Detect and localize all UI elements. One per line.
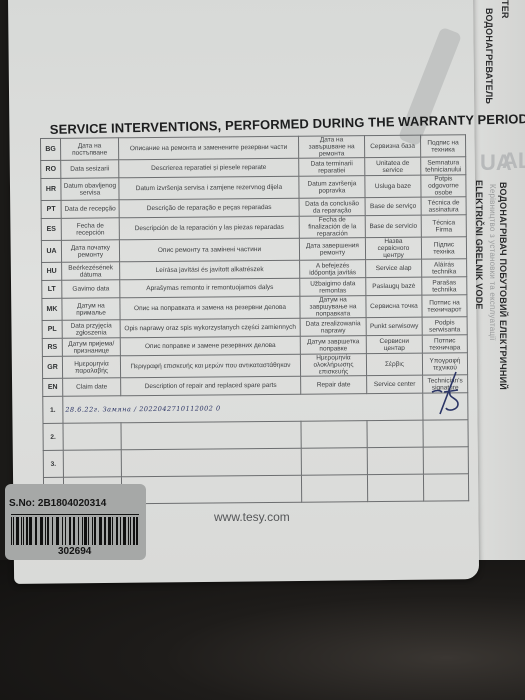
lang-code: BG: [41, 138, 61, 160]
service-center-header: Unitatea de service: [365, 157, 421, 175]
description-header: Опис на поправката и замена на резервни …: [120, 296, 300, 320]
claim-date-header: Beérkezésének dátuma: [62, 262, 120, 281]
repair-date-header: Датум завршетка поправке: [300, 336, 366, 355]
signature-header: Técnica Firma: [421, 215, 466, 237]
claim-date-header: Claim date: [63, 378, 121, 397]
service-center-cell[interactable]: [367, 420, 423, 447]
repair-date-header: Ημερομηνία ολοκλήρωσης επισκευής: [300, 354, 366, 377]
lang-code: PT: [41, 200, 61, 218]
repair-date-cell[interactable]: [301, 448, 367, 476]
service-center-header: Base de servicio: [365, 215, 421, 237]
claim-date-header: Data przyjęcia zgłoszenia: [62, 320, 120, 339]
lang-code: HU: [42, 262, 62, 280]
description-header: Description of repair and replaced spare…: [121, 376, 301, 396]
handwritten-entry[interactable]: 28.6.22г. Замяна / 2022042710112002 0: [63, 393, 423, 423]
service-center-cell[interactable]: [367, 447, 423, 474]
booklet-lang-ua: UA: [480, 150, 512, 176]
barcode-number: 302694: [58, 546, 91, 557]
entry-row: 3.: [43, 447, 468, 478]
signature-header: Подпис на техника: [420, 135, 465, 157]
description-header: Опис поправке и замене резервних делова: [120, 336, 300, 356]
service-center-header: Service alap: [366, 259, 422, 277]
signature-cell[interactable]: [423, 447, 468, 474]
description-header: Opis naprawy oraz spis wykorzystanych cz…: [120, 318, 300, 338]
repair-date-header: A befejezés időpontja javítás: [300, 260, 366, 279]
service-interventions-table: BGДата на постъпванеОписание на ремонта …: [40, 134, 469, 505]
repair-date-header: Data terminarii reparatiei: [299, 158, 365, 177]
service-center-header: Назва сервісного центру: [365, 237, 421, 259]
repair-date-header: Data da conclusão da reparação: [299, 198, 365, 217]
repair-date-header: Repair date: [301, 376, 367, 395]
description-header: Descrição de reparação e peças reparadas: [119, 198, 299, 218]
lang-code: MK: [42, 298, 62, 320]
booklet-top-text: TER: [500, 0, 510, 19]
claim-date-header: Datum obavljenog servisa: [61, 178, 119, 201]
repair-date-cell[interactable]: [301, 475, 367, 503]
booklet-title-ua: ВОДОНАГРІВАЧ ПОБУТОВИЙ ЕЛЕКТРИЧНИЙ: [498, 182, 508, 390]
language-row-ua: UAДата початку ремонтуОпис ремонту та за…: [41, 237, 466, 263]
lang-code: LT: [42, 280, 62, 298]
signature-cell[interactable]: [423, 474, 468, 501]
repair-date-header: Fecha de finalización de la reparación: [299, 216, 365, 239]
signature-header: Potpis odgovorne osobe: [421, 175, 466, 197]
entry-row: 1.28.6.22г. Замяна / 2022042710112002 0: [43, 393, 468, 424]
signature-header: Podpis serwisanta: [422, 317, 467, 335]
claim-date-header: Data sesizarii: [61, 160, 119, 179]
description-cell[interactable]: [121, 421, 301, 450]
technician-signature-mark: [418, 370, 468, 420]
serial-number: S.No: 2B1804020314: [9, 498, 106, 509]
repair-date-cell[interactable]: [301, 421, 367, 449]
repair-date-header: Data zrealizowania naprawy: [300, 318, 366, 337]
serial-number-label: S.No: 2B1804020314 302694: [5, 484, 146, 560]
claim-date-header: Data de recepção: [61, 200, 119, 219]
claim-date-header: Ημερομηνία παραλαβής: [62, 356, 120, 379]
entry-number: 2.: [43, 423, 63, 450]
claim-date-cell[interactable]: [63, 423, 121, 451]
lang-code: RO: [41, 160, 61, 178]
repair-date-header: Датум на завршување на поправката: [300, 296, 366, 319]
entry-row: 2.: [43, 420, 468, 451]
claim-date-header: Дата на постъпване: [61, 138, 119, 161]
description-header: Описание на ремонта и заменените резервн…: [119, 136, 299, 160]
signature-header: Semnatura tehnicianului: [421, 157, 466, 175]
service-center-header: Сервисни центар: [366, 335, 422, 353]
service-center-header: Сервисна точка: [366, 295, 422, 317]
description-header: Περιγραφή επισκευής και μερών που αντικα…: [120, 354, 300, 378]
service-center-header: Usluga baze: [365, 175, 421, 197]
booklet-title-ru: ВОДОНАГРЕВАТЕЛЬ: [484, 8, 494, 104]
service-center-cell[interactable]: [367, 474, 423, 501]
signature-header: Потпис на техничарот: [422, 295, 467, 317]
website-link[interactable]: www.tesy.com: [214, 510, 290, 524]
lang-code: UA: [41, 240, 61, 262]
barcode-icon: [11, 514, 139, 545]
repair-date-header: Дата на завършване на ремонта: [298, 136, 364, 159]
description-header: Datum izvršenja servisa i zamjene rezerv…: [119, 176, 299, 200]
signature-header: Aláírás technika: [422, 259, 467, 277]
signature-header: Parašas technika: [422, 277, 467, 295]
signature-cell[interactable]: [423, 420, 468, 447]
claim-date-header: Fecha de recepción: [61, 218, 119, 241]
description-cell[interactable]: [121, 475, 301, 504]
description-header: Aprašymas remonto ir remontuojamos dalys: [120, 278, 300, 298]
description-header: Опис ремонту та замінені частини: [119, 238, 299, 262]
service-center-header: Сервизна база: [364, 135, 420, 157]
booklet-subtitle-ua: Керівництво з установки та експлуатації: [488, 184, 497, 341]
lang-code: PL: [42, 320, 62, 338]
service-center-header: Service center: [367, 375, 423, 393]
service-center-header: Paslaugų bazė: [366, 277, 422, 295]
service-center-header: Punkt serwisowy: [366, 317, 422, 335]
entry-number: 3.: [43, 450, 63, 477]
lang-code: GR: [42, 356, 62, 378]
description-header: Descrierea reparatiei și piesele reparat…: [119, 158, 299, 178]
lang-code: EN: [43, 378, 63, 396]
claim-date-header: Дата початку ремонту: [61, 240, 119, 263]
claim-date-header: Датум пријема/ признанице: [62, 338, 120, 357]
signature-header: Потпис техничара: [422, 335, 467, 353]
repair-date-header: Užbaigimo data remontas: [300, 278, 366, 297]
entry-number: 1.: [43, 396, 63, 423]
lang-code: HR: [41, 178, 61, 200]
repair-date-header: Дата завершения ремонту: [299, 238, 365, 261]
signature-header: Підпис техніка: [421, 237, 466, 259]
repair-date-header: Datum završenja popravka: [299, 176, 365, 199]
description-header: Leírása javítási és javított alkatrészek: [120, 260, 300, 280]
lang-code: RS: [42, 338, 62, 356]
claim-date-cell[interactable]: [63, 450, 121, 478]
claim-date-header: Датум на прималье: [62, 298, 120, 321]
description-cell[interactable]: [121, 448, 301, 477]
lang-code: ES: [41, 218, 61, 240]
signature-header: Técnica de assinatura: [421, 197, 466, 215]
claim-date-header: Gavimo data: [62, 280, 120, 299]
service-center-header: Base de serviço: [365, 197, 421, 215]
service-center-header: Σέρβις: [366, 353, 422, 375]
description-header: Descripción de la reparación y las pieza…: [119, 216, 299, 240]
